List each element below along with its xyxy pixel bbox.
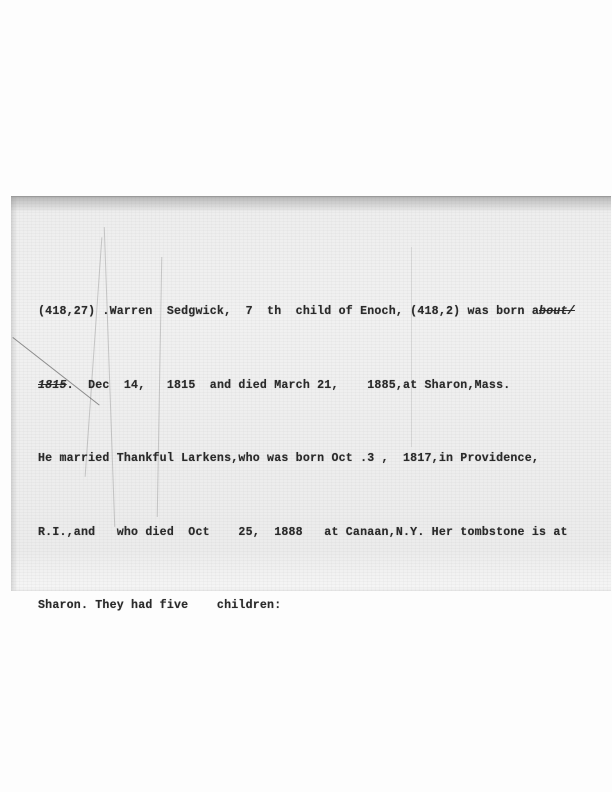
scanned-page: (418,27) .Warren Sedgwick, 7 th child of…	[0, 0, 612, 792]
text-line-3: He married Thankful Larkens,who was born…	[38, 447, 608, 472]
text-line-4: R.I.,and who died Oct 25, 1888 at Canaan…	[38, 521, 608, 546]
text-line-1: (418,27) .Warren Sedgwick, 7 th child of…	[38, 300, 608, 325]
line-2-text: . Dec 14, 1815 and died March 21, 1885,a…	[67, 379, 511, 392]
line-5-text: Sharon. They had five children:	[38, 599, 281, 612]
line-1-text: (418,27) .Warren Sedgwick, 7 th child of…	[38, 305, 539, 318]
text-line-2: 1815. Dec 14, 1815 and died March 21, 18…	[38, 374, 608, 399]
card-top-edge	[11, 197, 611, 211]
struck-out-text: bout/	[539, 305, 575, 318]
text-line-5: Sharon. They had five children:	[38, 594, 608, 619]
line-4-text: R.I.,and who died Oct 25, 1888 at Canaan…	[38, 526, 568, 539]
struck-out-text: 1815	[38, 379, 67, 392]
line-3-text: He married Thankful Larkens,who was born…	[38, 452, 539, 465]
record-text: (418,27) .Warren Sedgwick, 7 th child of…	[38, 251, 608, 668]
